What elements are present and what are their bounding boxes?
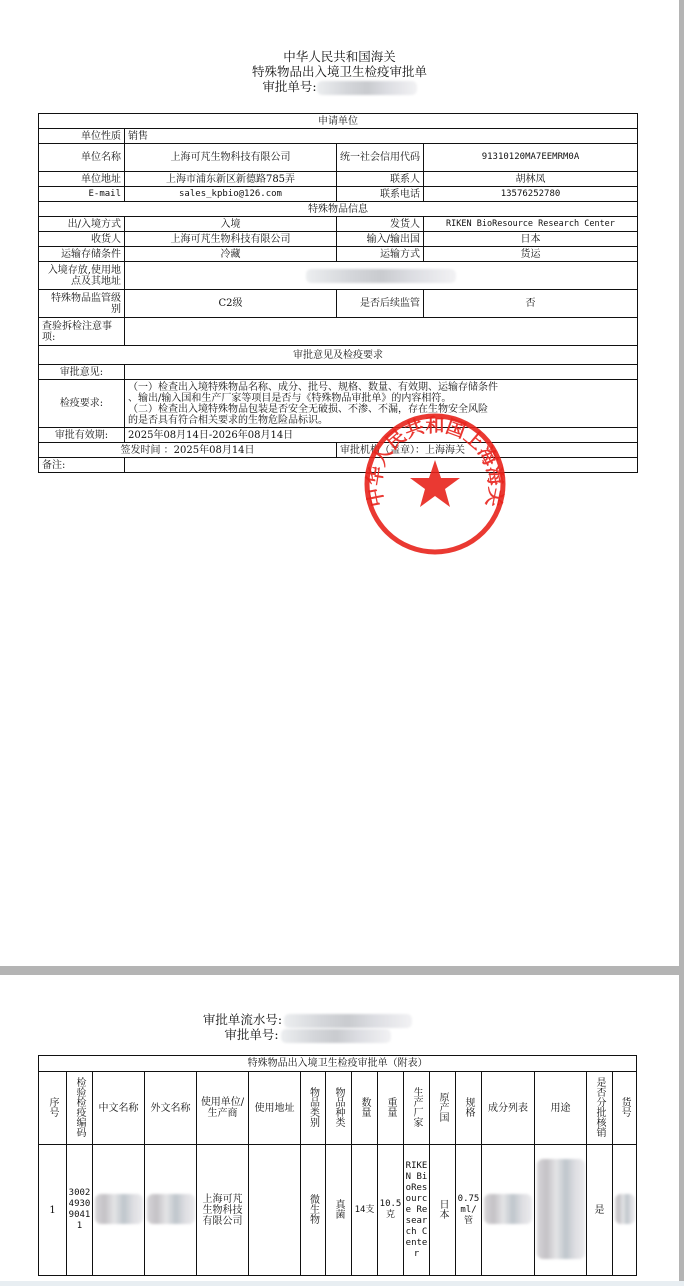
email-value: sales_kpbio@126.com: [125, 187, 337, 202]
form-title: 特殊物品出入境卫生检疫审批单: [0, 65, 679, 79]
unit-address-label: 单位地址: [39, 172, 125, 187]
manufacturer-value: RIKEN BioResource Research Center: [406, 1161, 428, 1260]
redacted-item-no: [615, 1194, 635, 1224]
unit-nature-value: 销售: [125, 129, 638, 144]
column-header-label: 是否分批核销: [594, 1077, 605, 1137]
cell-seq: 1: [39, 1145, 67, 1276]
column-header: 物品类别: [301, 1072, 326, 1145]
cell-weight: 10.5克: [378, 1145, 404, 1276]
issue-time-label: 签发时间 ：: [120, 445, 173, 456]
redacted-approval-number: [281, 1029, 391, 1043]
column-header-label: 原产国: [437, 1092, 448, 1122]
email-label: E-mail: [39, 187, 125, 202]
cell-quantity: 14支: [352, 1145, 378, 1276]
quantity-value: 14支: [354, 1205, 376, 1216]
category-value: 微生物: [308, 1194, 319, 1224]
unit-name-label: 单位名称: [39, 144, 125, 172]
follow-up-label: 是否后续监管: [337, 290, 424, 318]
column-header: 外文名称: [145, 1072, 197, 1145]
attachment-table: 特殊物品出入境卫生检疫审批单（附表） 序号检验检疫编码中文名称外文名称使用单位/…: [38, 1055, 637, 1276]
validity-label: 审批有效期:: [39, 428, 125, 443]
section-applicant: 申请单位: [39, 114, 638, 129]
storage-condition-label: 运输存储条件: [39, 247, 125, 262]
contact-value: 胡林凤: [424, 172, 638, 187]
redacted-location: [306, 269, 456, 283]
origin-value: 日本: [437, 1199, 448, 1219]
direction-label: 出/入境方式: [39, 217, 125, 232]
unit-nature-label: 单位性质: [39, 129, 125, 144]
section-opinion: 审批意见及检疫要求: [39, 346, 638, 365]
cell-en-name: [145, 1145, 197, 1276]
approval-number-label: 审批单号:: [224, 1027, 278, 1042]
table-row: 13002493090411上海可芃生物科技有限公司微生物真菌14支10.5克R…: [39, 1145, 637, 1276]
storage-condition-value: 冷藏: [125, 247, 337, 262]
document-page-2: 审批单流水号: 审批单号: 特殊物品出入境卫生检疫审批单（附表） 序号检验检疫编…: [0, 975, 679, 1281]
column-header-label: 中文名称: [99, 1103, 139, 1114]
column-header: 生产厂家: [404, 1072, 430, 1145]
approval-number: 审批单号:: [0, 80, 679, 95]
direction-value: 入境: [125, 217, 337, 232]
bottom-edge: [0, 1281, 684, 1286]
column-header: 使用单位/生产商: [197, 1072, 249, 1145]
country-label: 输入/输出国: [337, 232, 424, 247]
approval-form-table: 申请单位 单位性质 销售 单位名称 上海可芃生物科技有限公司 统一社会信用代码 …: [38, 113, 638, 473]
inspection-note-label: 查验拆检注意事项:: [39, 318, 125, 346]
column-header-label: 货号: [619, 1097, 630, 1117]
requirement-line: （一）检查出入境特殊物品名称、成分、批号、规格、数量、有效期、运输存储条件: [128, 382, 634, 393]
column-header: 是否分批核销: [587, 1072, 613, 1145]
column-header: 序号: [39, 1072, 67, 1145]
serial-number: 审批单流水号:: [0, 1013, 647, 1028]
column-header-label: 使用单位/生产商: [201, 1097, 244, 1119]
cell-user-producer: 上海可芃生物科技有限公司: [197, 1145, 249, 1276]
consignee-value: 上海可芃生物科技有限公司: [125, 232, 337, 247]
column-header: 使用地址: [249, 1072, 301, 1145]
attachment-approval-number: 审批单号:: [0, 1028, 647, 1043]
phone-value: 13576252780: [424, 187, 638, 202]
cell-kind: 真菌: [326, 1145, 352, 1276]
column-header: 检验检疫编码: [67, 1072, 93, 1145]
unit-name-value: 上海可芃生物科技有限公司: [125, 144, 337, 172]
column-header-label: 使用地址: [255, 1103, 295, 1114]
column-header: 重量: [378, 1072, 404, 1145]
cell-purpose: [535, 1145, 587, 1276]
cell-cn-name: [93, 1145, 145, 1276]
cell-use-address: [249, 1145, 301, 1276]
column-header: 规格: [456, 1072, 482, 1145]
serial-number-label: 审批单流水号:: [203, 1012, 282, 1027]
seq-value: 1: [49, 1205, 55, 1216]
contact-label: 联系人: [337, 172, 424, 187]
supervision-level-value: C2级: [125, 290, 337, 318]
column-header-label: 成分列表: [488, 1103, 528, 1114]
opinion-label: 审批意见:: [39, 365, 125, 380]
column-header: 成分列表: [482, 1072, 535, 1145]
shipper-label: 发货人: [337, 217, 424, 232]
supervision-level-label: 特殊物品监管级别: [39, 290, 125, 318]
redacted-en-name: [147, 1194, 195, 1224]
inspection-note-value: [125, 318, 638, 346]
credit-code-value: 91310120MA7EEMRM0A: [424, 144, 638, 172]
vertical-scrollbar[interactable]: [679, 0, 684, 1286]
column-header: 数量: [352, 1072, 378, 1145]
phone-label: 联系电话: [337, 187, 424, 202]
column-header-label: 生产厂家: [411, 1087, 422, 1127]
transport-mode-label: 运输方式: [337, 247, 424, 262]
requirement-line: 、输出/输入国和生产厂家等项目是否与《特殊物品审批单》的内容相符。: [128, 393, 634, 404]
requirement-label: 检疫要求:: [39, 380, 125, 428]
code-value: 3002493090411: [69, 1188, 91, 1232]
column-header: 中文名称: [93, 1072, 145, 1145]
redacted-purpose: [537, 1159, 585, 1259]
official-seal-stamp: 中华人民共和国上海海关: [357, 408, 513, 556]
cell-item-no: [613, 1145, 637, 1276]
remarks-label: 备注:: [39, 458, 125, 473]
column-header: 原产国: [430, 1072, 456, 1145]
column-header-label: 重量: [385, 1097, 396, 1117]
credit-code-label: 统一社会信用代码: [337, 144, 424, 172]
column-header-label: 用途: [551, 1103, 571, 1114]
cell-code: 3002493090411: [67, 1145, 93, 1276]
approval-number-label: 审批单号:: [262, 79, 316, 94]
column-header-label: 物品类别: [308, 1087, 319, 1127]
column-header-label: 规格: [463, 1097, 474, 1117]
cell-manufacturer: RIKEN BioResource Research Center: [404, 1145, 430, 1276]
issue-time-value: 2025年08月14日: [174, 445, 255, 456]
storage-location-value: [125, 262, 638, 290]
column-header-label: 物品种类: [333, 1087, 344, 1127]
opinion-value: [125, 365, 638, 380]
column-header-label: 序号: [47, 1097, 58, 1117]
redacted-ingredients: [484, 1194, 532, 1224]
cell-batch-writeoff: 是: [587, 1145, 613, 1276]
org-title: 中华人民共和国海关: [0, 50, 679, 64]
consignee-label: 收货人: [39, 232, 125, 247]
attachment-title: 特殊物品出入境卫生检疫审批单（附表）: [39, 1056, 637, 1072]
column-header: 货号: [613, 1072, 637, 1145]
redacted-approval-number: [317, 81, 417, 95]
follow-up-value: 否: [424, 290, 638, 318]
cell-ingredients: [482, 1145, 535, 1276]
section-goods-info: 特殊物品信息: [39, 202, 638, 217]
cell-category: 微生物: [301, 1145, 326, 1276]
redacted-serial-number: [284, 1014, 412, 1028]
cell-spec: 0.75ml/管: [456, 1145, 482, 1276]
batch_writeoff-value: 是: [595, 1205, 605, 1216]
column-header-label: 外文名称: [151, 1103, 191, 1114]
unit-address-value: 上海市浦东新区新德路785弄: [125, 172, 337, 187]
storage-location-label: 入境存放,使用地点及其地址: [39, 262, 125, 290]
kind-value: 真菌: [333, 1199, 344, 1219]
cell-origin: 日本: [430, 1145, 456, 1276]
issue-time: 签发时间 ：2025年08月14日: [39, 443, 337, 458]
redacted-cn-name: [95, 1194, 143, 1224]
spec-value: 0.75ml/管: [458, 1194, 480, 1227]
country-value: 日本: [424, 232, 638, 247]
weight-value: 10.5克: [380, 1199, 402, 1221]
column-header-label: 数量: [359, 1097, 370, 1117]
transport-mode-value: 货运: [424, 247, 638, 262]
column-header: 物品种类: [326, 1072, 352, 1145]
document-page-1: 中华人民共和国海关 特殊物品出入境卫生检疫审批单 审批单号: 申请单位 单位性质…: [0, 0, 679, 966]
column-header: 用途: [535, 1072, 587, 1145]
column-header-label: 检验检疫编码: [74, 1077, 85, 1137]
user_producer-value: 上海可芃生物科技有限公司: [203, 1194, 243, 1227]
shipper-value: RIKEN BioResource Research Center: [424, 217, 638, 232]
